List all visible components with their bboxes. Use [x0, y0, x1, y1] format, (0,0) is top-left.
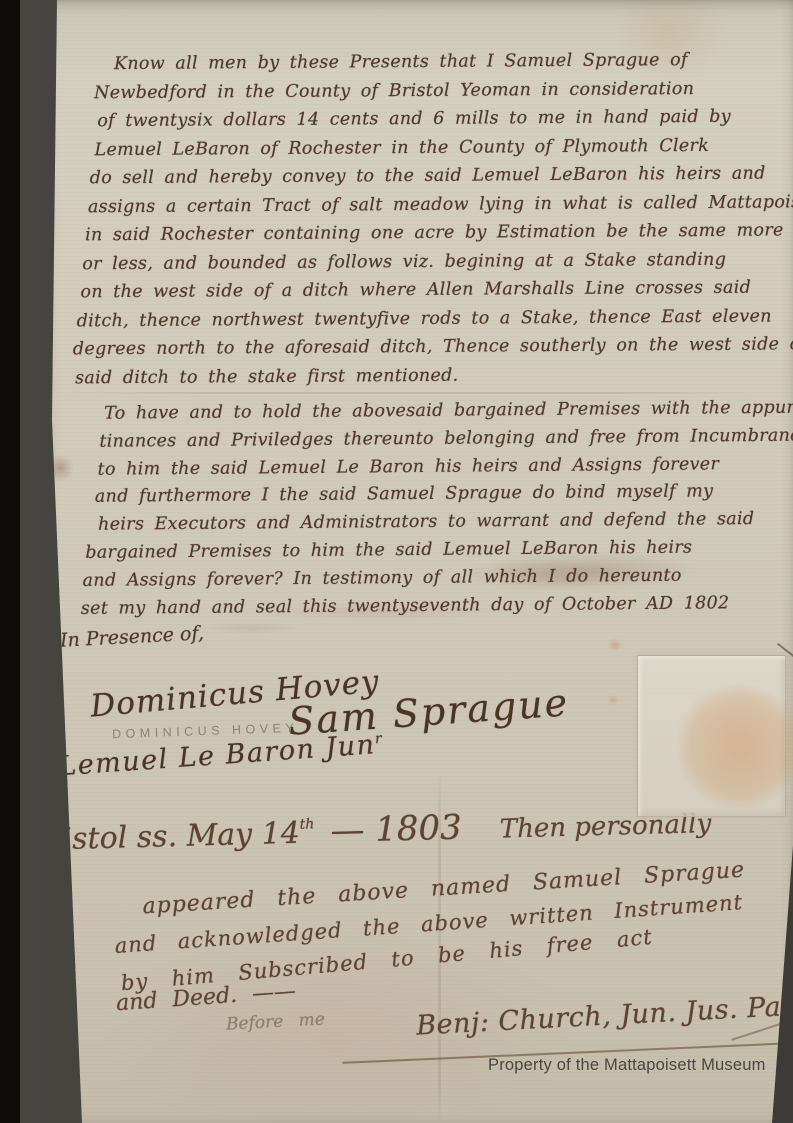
deed-line: set my hand and seal this twentyseventh … — [81, 589, 793, 623]
seal-stain — [675, 684, 793, 808]
museum-watermark: Property of the Mattapoisett Museum — [488, 1056, 766, 1075]
deed-line: do sell and hereby convey to the said Le… — [90, 159, 793, 192]
paper-sheet: Know all men by these Presents that I Sa… — [30, 0, 793, 1123]
venue-superscript: th — [299, 816, 314, 832]
venue-year: — 1803 — [330, 808, 462, 851]
signature-justice-benj-church: Benj: Church, Jun. Jus. Pacis — [415, 989, 793, 1041]
deed-line: of twentysix dollars 14 cents and 6 mill… — [97, 102, 792, 135]
before-me-line: Before me — [226, 1009, 326, 1034]
deed-line: on the west side of a ditch where Allen … — [80, 273, 793, 306]
acknowledgment-venue-line: Bristol ss. May 14th— 1803Then personall… — [26, 801, 712, 859]
deed-paragraph-1: Know all men by these Presents that I Sa… — [29, 45, 793, 392]
venue-text: Bristol ss. May 14 — [26, 816, 301, 858]
seal-corner-mark — [777, 643, 793, 659]
deed-line: said ditch to the stake first mentioned. — [75, 359, 793, 393]
horizontal-crease — [60, 392, 760, 394]
signature-suffix: r — [374, 731, 383, 748]
deed-line: degrees north to the aforesaid ditch, Th… — [73, 330, 793, 364]
wafer-seal-patch — [637, 655, 786, 817]
deed-line: in said Rochester containing one acre by… — [85, 216, 793, 249]
scanned-deed-page: { "colors": { "scanner_background": "#3d… — [0, 0, 793, 1123]
deed-paragraph-2: To have and to hold the abovesaid bargai… — [29, 395, 793, 624]
in-presence-of-line: In Presence of, — [60, 622, 205, 652]
